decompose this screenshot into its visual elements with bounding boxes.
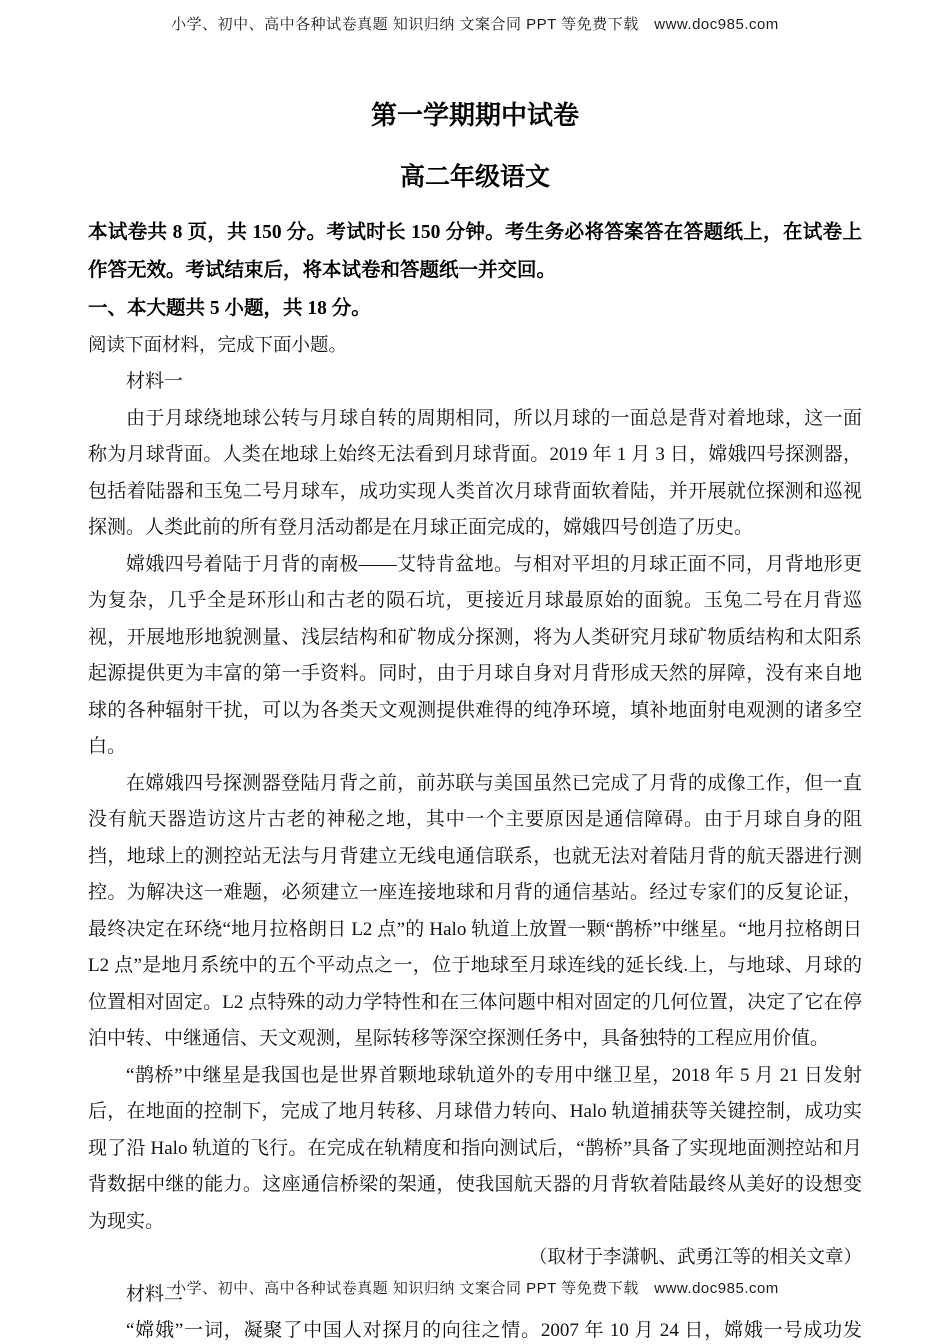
page-footer: 小学、初中、高中各种试卷真题 知识归纳 文案合同 PPT 等免费下载 www.d… <box>0 1277 950 1298</box>
page-header: 小学、初中、高中各种试卷真题 知识归纳 文案合同 PPT 等免费下载 www.d… <box>0 13 950 34</box>
material-one-paragraph-2: 嫦娥四号着陆于月背的南极——艾特肯盆地。与相对平坦的月球正面不同，月背地形更为复… <box>88 547 862 766</box>
material-one-label: 材料一 <box>88 364 862 401</box>
page-content: 第一学期期中试卷 高二年级语文 本试卷共 8 页，共 150 分。考试时长 15… <box>0 0 950 1344</box>
section-one-heading: 一、本大题共 5 小题，共 18 分。 <box>88 290 862 328</box>
exam-instructions: 本试卷共 8 页，共 150 分。考试时长 150 分钟。考生务必将答案答在答题… <box>88 214 862 290</box>
exam-page: 小学、初中、高中各种试卷真题 知识归纳 文案合同 PPT 等免费下载 www.d… <box>0 0 950 1344</box>
reading-instruction: 阅读下面材料，完成下面小题。 <box>88 328 862 364</box>
material-one-paragraph-4: “鹊桥”中继星是我国也是世界首颗地球轨道外的专用中继卫星，2018 年 5 月 … <box>88 1058 862 1241</box>
material-one-attribution: （取材于李潇帆、武勇江等的相关文章） <box>88 1240 862 1277</box>
exam-subtitle: 高二年级语文 <box>88 161 862 195</box>
material-one-paragraph-1: 由于月球绕地球公转与月球自转的周期相同，所以月球的一面总是背对着地球，这一面称为… <box>88 401 862 547</box>
material-two-paragraph-1: “嫦娥”一词，凝聚了中国人对探月的向往之情。2007 年 10 月 24 日，嫦… <box>88 1313 862 1344</box>
exam-title: 第一学期期中试卷 <box>88 99 862 133</box>
material-one-paragraph-3: 在嫦娥四号探测器登陆月背之前，前苏联与美国虽然已完成了月背的成像工作，但一直没有… <box>88 766 862 1058</box>
